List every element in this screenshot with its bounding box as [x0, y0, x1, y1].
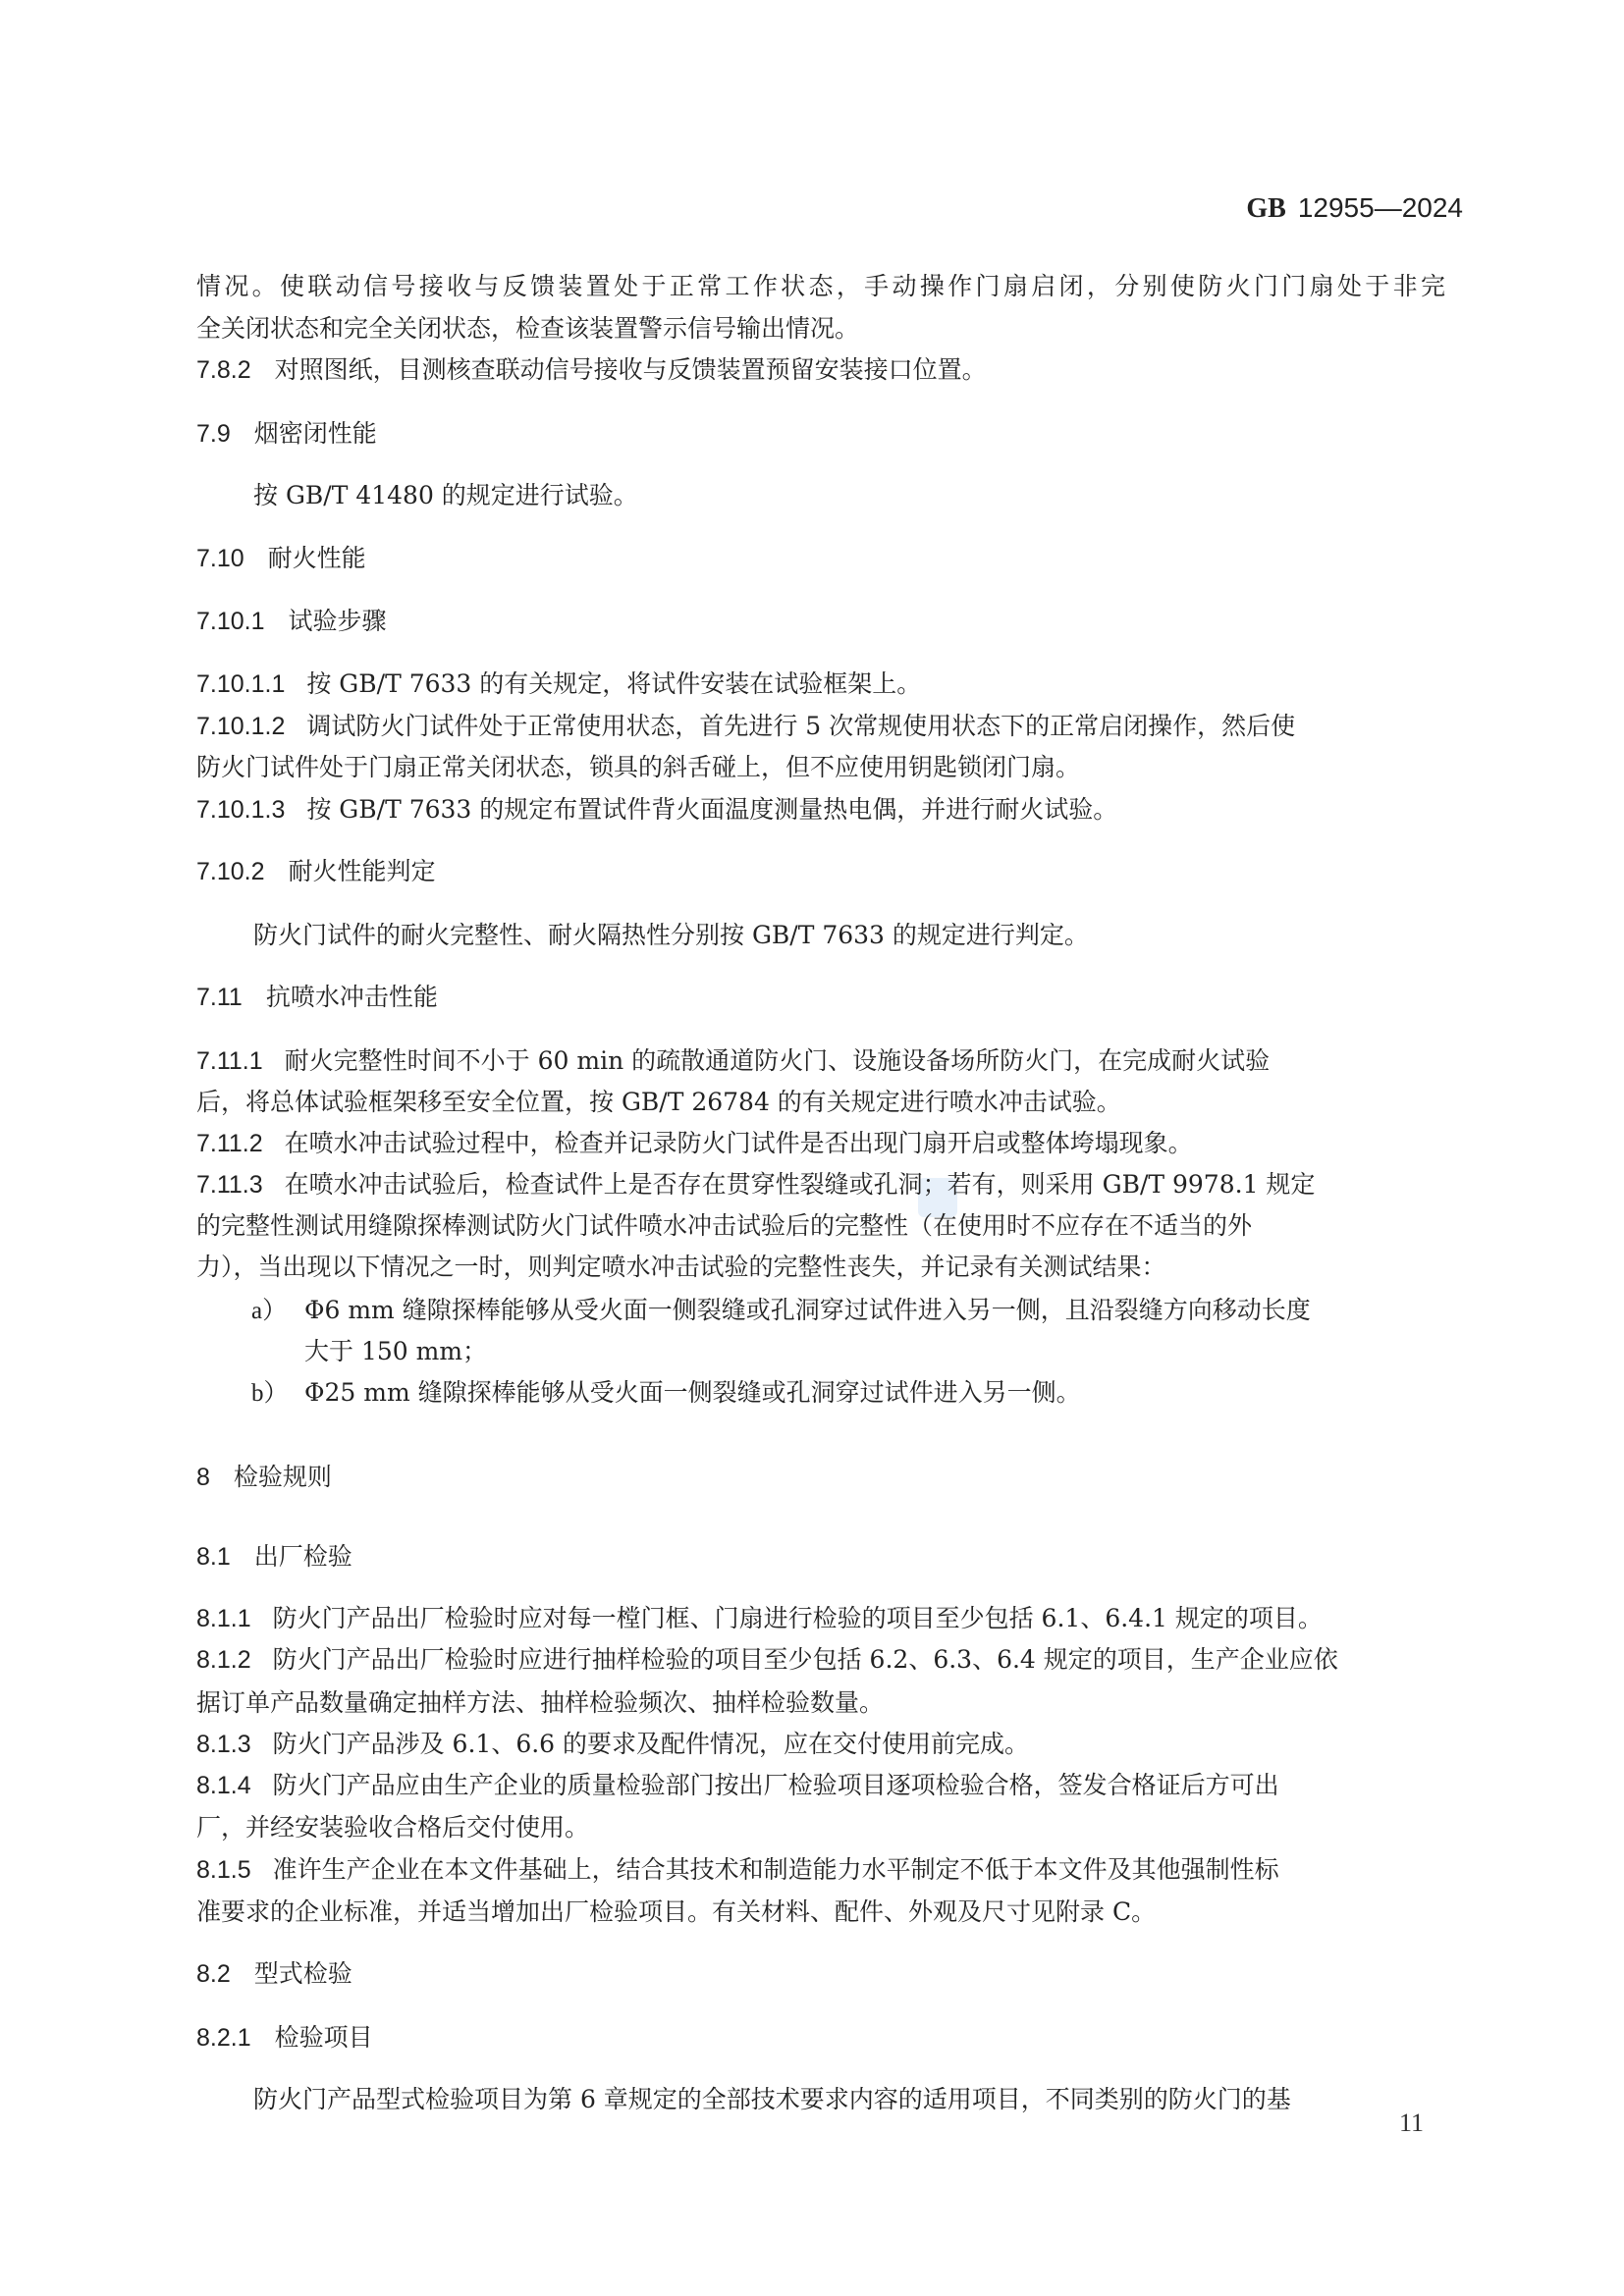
paragraph-line: 大于 150 mm； [304, 1332, 1445, 1371]
clause-7-10-1-1: 7.10.1.1按 GB/T 7633 的有关规定，将试件安装在试验框架上。 [196, 665, 1445, 704]
clause-text: 准许生产企业在本文件基础上，结合其技术和制造能力水平制定不低于本文件及其他强制性… [273, 1855, 1279, 1884]
clause-text: 在喷水冲击试验过程中，检查并记录防火门试件是否出现门扇开启或整体垮塌现象。 [285, 1129, 1193, 1157]
list-text: Φ6 mm 缝隙探棒能够从受火面一侧裂缝或孔洞穿过试件进入另一侧，且沿裂缝方向移… [304, 1296, 1311, 1324]
heading-8-2-1: 8.2.1检验项目 [196, 2018, 1445, 2057]
paragraph-line: 准要求的企业标准，并适当增加出厂检验项目。有关材料、配件、外观及尺寸见附录 C。 [196, 1893, 1445, 1932]
clause-7-8-2: 7.8.2对照图纸，目测核查联动信号接收与反馈装置预留安装接口位置。 [196, 350, 1445, 390]
heading-number: 7.10.1 [196, 602, 265, 641]
clause-text: 防火门产品出厂检验时应进行抽样检验的项目至少包括 6.2、6.3、6.4 规定的… [273, 1645, 1338, 1674]
clause-7-11-2: 7.11.2在喷水冲击试验过程中，检查并记录防火门试件是否出现门扇开启或整体垮塌… [196, 1124, 1445, 1163]
heading-text: 检验项目 [275, 2023, 373, 2052]
heading-7-11: 7.11抗喷水冲击性能 [196, 978, 1445, 1017]
list-text: Φ25 mm 缝隙探棒能够从受火面一侧裂缝或孔洞穿过试件进入另一侧。 [304, 1378, 1081, 1407]
heading-text: 出厂检验 [254, 1542, 352, 1571]
heading-8: 8检验规则 [196, 1458, 1445, 1497]
heading-number: 7.11 [196, 978, 243, 1017]
clause-7-10-1-3: 7.10.1.3按 GB/T 7633 的规定布置试件背火面温度测量热电偶，并进… [196, 790, 1445, 829]
paragraph-line: 情况。使联动信号接收与反馈装置处于正常工作状态，手动操作门扇启闭，分别使防火门门… [196, 267, 1445, 306]
standard-header: GB12955—2024 [1237, 192, 1463, 225]
clause-number: 8.1.3 [196, 1725, 251, 1764]
clause-text: 防火门产品出厂检验时应对每一樘门框、门扇进行检验的项目至少包括 6.1、6.4.… [273, 1604, 1323, 1632]
paragraph-line: 后，将总体试验框架移至安全位置，按 GB/T 26784 的有关规定进行喷水冲击… [196, 1083, 1445, 1122]
paragraph-line: 厂，并经安装验收合格后交付使用。 [196, 1808, 1445, 1847]
paragraph-line: 防火门试件的耐火完整性、耐火隔热性分别按 GB/T 7633 的规定进行判定。 [253, 916, 1445, 955]
heading-7-10-2: 7.10.2耐火性能判定 [196, 852, 1445, 891]
heading-text: 检验规则 [234, 1463, 332, 1491]
document-page: GB12955—2024 情况。使联动信号接收与反馈装置处于正常工作状态，手动操… [0, 0, 1624, 2296]
clause-text: 按 GB/T 7633 的规定布置试件背火面温度测量热电偶，并进行耐火试验。 [306, 795, 1117, 824]
clause-number: 7.8.2 [196, 350, 251, 390]
paragraph-line: 防火门产品型式检验项目为第 6 章规定的全部技术要求内容的适用项目，不同类别的防… [253, 2080, 1445, 2119]
clause-number: 7.11.3 [196, 1165, 263, 1204]
paragraph-line: 防火门试件处于门扇正常关闭状态，锁具的斜舌碰上，但不应使用钥匙锁闭门扇。 [196, 748, 1445, 787]
clause-text: 在喷水冲击试验后，检查试件上是否存在贯穿性裂缝或孔洞；若有，则采用 GB/T 9… [285, 1170, 1316, 1199]
heading-7-10-1: 7.10.1试验步骤 [196, 602, 1445, 641]
heading-number: 8.2.1 [196, 2018, 251, 2057]
clause-number: 8.1.4 [196, 1766, 251, 1805]
clause-text: 耐火完整性时间不小于 60 min 的疏散通道防火门、设施设备场所防火门，在完成… [285, 1046, 1270, 1075]
clause-text: 防火门产品应由生产企业的质量检验部门按出厂检验项目逐项检验合格，签发合格证后方可… [273, 1771, 1279, 1799]
heading-number: 7.10.2 [196, 852, 265, 891]
heading-text: 烟密闭性能 [254, 419, 377, 448]
heading-7-9: 7.9烟密闭性能 [196, 414, 1445, 454]
list-item-b: b）Φ25 mm 缝隙探棒能够从受火面一侧裂缝或孔洞穿过试件进入另一侧。 [251, 1373, 1445, 1413]
clause-8-1-3: 8.1.3防火门产品涉及 6.1、6.6 的要求及配件情况，应在交付使用前完成。 [196, 1725, 1445, 1764]
heading-text: 试验步骤 [289, 607, 387, 635]
heading-text: 耐火性能判定 [289, 857, 436, 885]
clause-number: 7.10.1.3 [196, 790, 285, 829]
list-label: a） [251, 1292, 304, 1330]
clause-number: 7.10.1.1 [196, 665, 285, 704]
clause-number: 8.1.2 [196, 1640, 251, 1680]
heading-number: 8.1 [196, 1537, 231, 1576]
heading-7-10: 7.10耐火性能 [196, 539, 1445, 578]
heading-8-1: 8.1出厂检验 [196, 1537, 1445, 1576]
heading-text: 耐火性能 [268, 544, 366, 572]
heading-number: 7.10 [196, 539, 244, 578]
list-label: b） [251, 1374, 304, 1413]
clause-number: 7.11.1 [196, 1041, 263, 1081]
clause-7-10-1-2: 7.10.1.2调试防火门试件处于正常使用状态，首先进行 5 次常规使用状态下的… [196, 707, 1445, 746]
clause-8-1-2: 8.1.2防火门产品出厂检验时应进行抽样检验的项目至少包括 6.2、6.3、6.… [196, 1640, 1445, 1680]
clause-8-1-4: 8.1.4防火门产品应由生产企业的质量检验部门按出厂检验项目逐项检验合格，签发合… [196, 1766, 1445, 1805]
clause-text: 对照图纸，目测核查联动信号接收与反馈装置预留安装接口位置。 [275, 355, 987, 384]
clause-8-1-5: 8.1.5准许生产企业在本文件基础上，结合其技术和制造能力水平制定不低于本文件及… [196, 1850, 1445, 1890]
paragraph-line: 据订单产品数量确定抽样方法、抽样检验频次、抽样检验数量。 [196, 1683, 1445, 1723]
clause-text: 调试防火门试件处于正常使用状态，首先进行 5 次常规使用状态下的正常启闭操作，然… [306, 712, 1295, 740]
paragraph-line: 力），当出现以下情况之一时，则判定喷水冲击试验的完整性丧失，并记录有关测试结果： [196, 1248, 1445, 1287]
standard-prefix: GB [1246, 193, 1285, 224]
clause-text: 防火门产品涉及 6.1、6.6 的要求及配件情况，应在交付使用前完成。 [273, 1730, 1029, 1758]
clause-7-11-1: 7.11.1耐火完整性时间不小于 60 min 的疏散通道防火门、设施设备场所防… [196, 1041, 1445, 1081]
paragraph-line: 按 GB/T 41480 的规定进行试验。 [253, 476, 1445, 515]
standard-number: 12955—2024 [1298, 192, 1463, 223]
clause-text: 按 GB/T 7633 的有关规定，将试件安装在试验框架上。 [306, 669, 921, 698]
clause-number: 8.1.5 [196, 1850, 251, 1890]
paragraph-line: 的完整性测试用缝隙探棒测试防火门试件喷水冲击试验后的完整性（在使用时不应存在不适… [196, 1206, 1445, 1246]
heading-text: 型式检验 [254, 1959, 352, 1988]
heading-number: 8.2 [196, 1954, 231, 1994]
heading-8-2: 8.2型式检验 [196, 1954, 1445, 1994]
clause-number: 7.11.2 [196, 1124, 263, 1163]
page-number: 11 [1375, 2109, 1424, 2138]
list-item-a: a）Φ6 mm 缝隙探棒能够从受火面一侧裂缝或孔洞穿过试件进入另一侧，且沿裂缝方… [251, 1291, 1445, 1330]
clause-number: 8.1.1 [196, 1599, 251, 1638]
heading-text: 抗喷水冲击性能 [266, 983, 438, 1011]
heading-number: 8 [196, 1458, 210, 1497]
paragraph-line: 全关闭状态和完全关闭状态，检查该装置警示信号输出情况。 [196, 309, 1445, 348]
heading-number: 7.9 [196, 414, 231, 454]
clause-7-11-3: 7.11.3在喷水冲击试验后，检查试件上是否存在贯穿性裂缝或孔洞；若有，则采用 … [196, 1165, 1445, 1204]
clause-8-1-1: 8.1.1防火门产品出厂检验时应对每一樘门框、门扇进行检验的项目至少包括 6.1… [196, 1599, 1445, 1638]
clause-number: 7.10.1.2 [196, 707, 285, 746]
